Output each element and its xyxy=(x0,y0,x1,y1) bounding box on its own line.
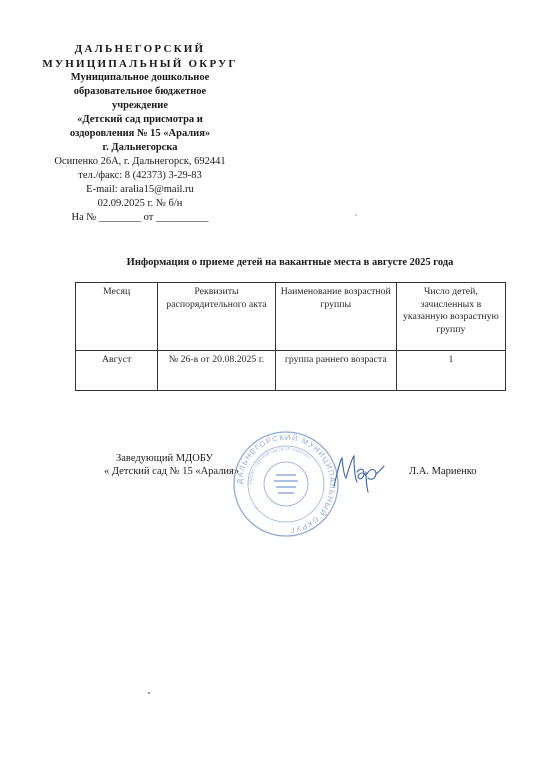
scan-speck xyxy=(148,692,150,694)
org-name-line: г. Дальнегорска xyxy=(40,141,240,155)
district-name-line2: МУНИЦИПАЛЬНЫЙ ОКРУГ xyxy=(40,57,240,72)
org-name-line: Муниципальное дошкольное xyxy=(40,71,240,85)
cell-children-count: 1 xyxy=(396,351,505,391)
table-row: Август № 26-в от 20.08.2025 г. группа ра… xyxy=(76,351,506,391)
official-stamp-icon: ДАЛЬНЕГОРСКИЙ МУНИЦИПАЛЬНЫЙ ОКРУГ МДОБУ … xyxy=(232,430,340,538)
table-header-row: Месяц Реквизиты распорядительного акта Н… xyxy=(76,283,506,351)
signatory-position: Заведующий МДОБУ « Детский сад № 15 «Ара… xyxy=(104,452,239,478)
handwritten-signature-icon xyxy=(330,450,385,495)
scan-speck xyxy=(355,214,357,216)
letterhead: ДАЛЬНЕГОРСКИЙ МУНИЦИПАЛЬНЫЙ ОКРУГ Муници… xyxy=(40,42,240,225)
document-title: Информация о приеме детей на вакантные м… xyxy=(60,257,520,268)
position-line1: Заведующий МДОБУ xyxy=(104,452,239,465)
cell-month: Август xyxy=(76,351,158,391)
cell-act-details: № 26-в от 20.08.2025 г. xyxy=(158,351,275,391)
signatory-name: Л.А. Мариенко xyxy=(409,466,477,477)
date-number: 02.09.2025 г. № б/н xyxy=(40,197,240,211)
header-act-details: Реквизиты распорядительного акта xyxy=(158,283,275,351)
org-name-line: образовательное бюджетное xyxy=(40,85,240,99)
cell-group-name: группа раннего возраста xyxy=(275,351,396,391)
header-children-count: Число детей, зачисленных в указанную воз… xyxy=(396,283,505,351)
org-name-line: оздоровления № 15 «Аралия» xyxy=(40,127,240,141)
email: E-mail: aralia15@mail.ru xyxy=(40,183,240,197)
org-name-line: «Детский сад присмотра и xyxy=(40,113,240,127)
phone: тел./факс: 8 (42373) 3-29-83 xyxy=(40,169,240,183)
header-month: Месяц xyxy=(76,283,158,351)
address: Осипенко 26А, г. Дальнегорск, 692441 xyxy=(40,155,240,169)
reference-line: На № ________ от __________ xyxy=(40,211,240,225)
district-name-line1: ДАЛЬНЕГОРСКИЙ xyxy=(40,42,240,57)
admission-table: Месяц Реквизиты распорядительного акта Н… xyxy=(75,282,506,391)
header-group-name: Наименование возрастной группы xyxy=(275,283,396,351)
org-name-line: учреждение xyxy=(40,99,240,113)
position-line2: « Детский сад № 15 «Аралия» xyxy=(104,465,239,478)
